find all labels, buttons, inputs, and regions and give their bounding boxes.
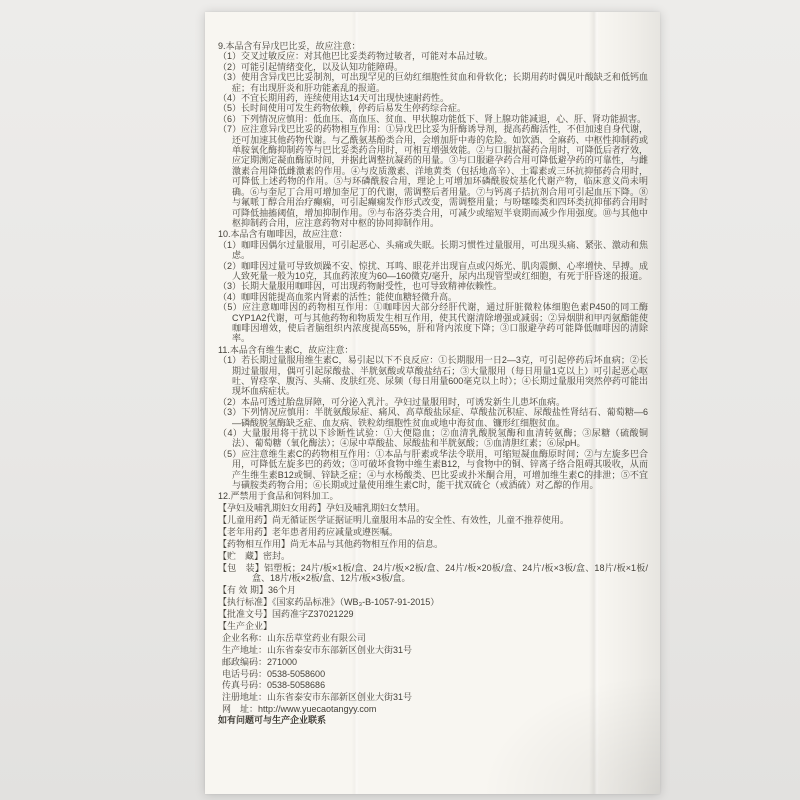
company-line-1: 企业名称：山东岳草堂药业有限公司 <box>218 633 648 643</box>
section-9-item-5: （5）长时间使用可发生药物依赖，停药后易发生停药综合症。 <box>218 103 648 113</box>
company-label: 企业名称： <box>222 633 267 643</box>
field-line-3: 【老年用药】老年患者用药应减量或遵医嘱。 <box>218 527 648 537</box>
section-9-heading: 9.本品含有异戊巴比妥，故应注意： <box>218 41 648 51</box>
field-line-6: 【包 装】铝塑板；24片/板×1板/盒、24片/板×2板/盒、24片/板×20板… <box>218 563 648 584</box>
company-line-4: 电话号码：0538-5058600 <box>218 669 648 679</box>
section-9-item-4: （4）不宜长期用药，连续使用达14天可出现快速耐药性。 <box>218 93 648 103</box>
field-value: 《国家药品标准》（WB₃-B-1057-91-2015） <box>272 597 439 607</box>
section-11-item-5: （5）应注意维生素C的药物相互作用：①本品与肝素或华法令联用，可缩短凝血酶原时间… <box>218 449 648 491</box>
package-insert-page: 9.本品含有异戊巴比妥，故应注意：（1）交叉过敏反应：对其他巴比妥类药物过敏者，… <box>205 12 660 794</box>
company-value: 山东省泰安市东部新区创业大街31号 <box>267 645 412 655</box>
field-label: 【药物相互作用】 <box>218 539 290 549</box>
section-12-heading: 12.严禁用于食品和饲料加工。 <box>218 491 648 501</box>
field-value: 36个月 <box>268 585 296 595</box>
company-value: 0538-5058600 <box>267 669 325 679</box>
company-label: 注册地址： <box>222 692 267 702</box>
field-label: 【贮 藏】 <box>218 551 263 561</box>
section-10: 10.本品含有咖啡因，故应注意：（1）咖啡因偶尔过量服用，可引起恶心、头痛或失眠… <box>218 229 648 343</box>
field-value: 铝塑板；24片/板×1板/盒、24片/板×2板/盒、24片/板×20板/盒、24… <box>252 563 648 583</box>
company-line-3: 邮政编码：271000 <box>218 657 648 667</box>
section-12: 12.严禁用于食品和饲料加工。 <box>218 491 648 501</box>
section-9-item-7: （7）应注意异戊巴比妥的药物相互作用：①异戊巴比妥为肝酶诱导剂，提高药酶活性，不… <box>218 124 648 228</box>
company-label: 邮政编码： <box>222 657 267 667</box>
field-label: 【包 装】 <box>218 563 264 573</box>
field-line-9: 【批准文号】国药准字Z37021229 <box>218 609 648 619</box>
section-10-item-5: （5）应注意咖啡因的药物相互作用：①咖啡因大部分经肝代谢，通过肝脏微粒体细胞色素… <box>218 302 648 344</box>
section-11-item-3: （3）下列情况应慎用：半胱氨酸尿症、痛风、高草酸盐尿症、草酸盐沉积症、尿酸盐性肾… <box>218 407 648 428</box>
company-label: 传真号码： <box>222 680 267 690</box>
field-line-8: 【执行标准】《国家药品标准》（WB₃-B-1057-91-2015） <box>218 597 648 607</box>
company-value: 山东岳草堂药业有限公司 <box>267 633 366 643</box>
field-line-10: 【生产企业】 <box>218 621 648 631</box>
section-11-item-4: （4）大量服用将干扰以下诊断性试验：①大便隐血；②血清乳酸脱氢酶和血清转氨酶；③… <box>218 428 648 449</box>
section-9: 9.本品含有异戊巴比妥，故应注意：（1）交叉过敏反应：对其他巴比妥类药物过敏者，… <box>218 41 648 228</box>
section-9-item-3: （3）使用含异戊巴比妥制剂，可出现罕见的巨幼红细胞性贫血和骨软化；长期用药时偶见… <box>218 72 648 93</box>
section-9-item-2: （2）可能引起情绪变化，以及认知功能障碍。 <box>218 62 648 72</box>
field-value: 老年患者用药应减量或遵医嘱。 <box>272 527 398 537</box>
field-label: 【儿童用药】 <box>218 515 272 525</box>
labeled-fields: 【孕妇及哺乳期妇女用药】孕妇及哺乳期妇女禁用。【儿童用药】尚无循证医学证据证明儿… <box>218 503 648 631</box>
section-11-item-1: （1）若长期过量服用维生素C，易引起以下不良反应：①长期服用一日2—3克，可引起… <box>218 355 648 397</box>
field-label: 【有 效 期】 <box>218 585 268 595</box>
field-line-1: 【孕妇及哺乳期妇女用药】孕妇及哺乳期妇女禁用。 <box>218 503 648 513</box>
section-10-item-1: （1）咖啡因偶尔过量服用，可引起恶心、头痛或失眠。长期习惯性过量服用，可出现头痛… <box>218 240 648 261</box>
section-11: 11.本品含有维生素C，故应注意：（1）若长期过量服用维生素C，易引起以下不良反… <box>218 345 648 491</box>
section-10-heading: 10.本品含有咖啡因，故应注意： <box>218 229 648 239</box>
manufacturer-details: 企业名称：山东岳草堂药业有限公司生产地址：山东省泰安市东部新区创业大街31号邮政… <box>218 633 648 715</box>
field-label: 【生产企业】 <box>218 621 272 631</box>
company-line-5: 传真号码：0538-5058686 <box>218 680 648 690</box>
field-label: 【批准文号】 <box>218 609 272 619</box>
company-label: 电话号码： <box>222 669 267 679</box>
section-10-item-4: （4）咖啡因能提高血浆内肾素的活性；能使血糖轻微升高。 <box>218 292 648 302</box>
field-value: 密封。 <box>263 551 290 561</box>
company-label: 生产地址： <box>222 645 267 655</box>
field-label: 【孕妇及哺乳期妇女用药】 <box>218 503 326 513</box>
field-line-5: 【贮 藏】密封。 <box>218 551 648 561</box>
company-line-7: 网 址：http://www.yuecaotangyy.com <box>218 704 648 714</box>
field-value: 孕妇及哺乳期妇女禁用。 <box>326 503 425 513</box>
section-11-item-2: （2）本品可透过胎盘屏障，可分泌入乳汁。孕妇过量服用时，可诱发新生儿患坏血病。 <box>218 397 648 407</box>
company-value: 山东省泰安市东部新区创业大街31号 <box>267 692 412 702</box>
company-value: 271000 <box>267 657 297 667</box>
field-value: 国药准字Z37021229 <box>272 609 354 619</box>
company-value: 0538-5058686 <box>267 680 325 690</box>
photo-backdrop: 9.本品含有异戊巴比妥，故应注意：（1）交叉过敏反应：对其他巴比妥类药物过敏者，… <box>0 0 800 800</box>
field-label: 【老年用药】 <box>218 527 272 537</box>
field-line-4: 【药物相互作用】尚无本品与其他药物相互作用的信息。 <box>218 539 648 549</box>
section-10-item-3: （3）长期大量服用咖啡因，可出现药物耐受性，也可导致精神依赖性。 <box>218 281 648 291</box>
section-9-item-1: （1）交叉过敏反应：对其他巴比妥类药物过敏者，可能对本品过敏。 <box>218 51 648 61</box>
company-value: http://www.yuecaotangyy.com <box>258 704 376 714</box>
section-10-item-2: （2）咖啡因过量可导致烦躁不安、惊扰、耳鸣、眼花并出现盲点或闪烁光、肌肉震颤、心… <box>218 261 648 282</box>
field-label: 【执行标准】 <box>218 597 272 607</box>
field-line-7: 【有 效 期】36个月 <box>218 585 648 595</box>
company-line-6: 注册地址：山东省泰安市东部新区创业大街31号 <box>218 692 648 702</box>
section-11-heading: 11.本品含有维生素C，故应注意： <box>218 345 648 355</box>
company-line-2: 生产地址：山东省泰安市东部新区创业大街31号 <box>218 645 648 655</box>
field-line-2: 【儿童用药】尚无循证医学证据证明儿童服用本品的安全性、有效性，儿童不推荐使用。 <box>218 515 648 525</box>
field-value: 尚无循证医学证据证明儿童服用本品的安全性、有效性，儿童不推荐使用。 <box>272 515 569 525</box>
precaution-sections: 9.本品含有异戊巴比妥，故应注意：（1）交叉过敏反应：对其他巴比妥类药物过敏者，… <box>218 41 648 502</box>
company-label: 网 址： <box>222 704 258 714</box>
section-9-item-6: （6）下列情况应慎用：低血压、高血压、贫血、甲状腺功能低下、肾上腺功能减退，心、… <box>218 114 648 124</box>
contact-note: 如有问题可与生产企业联系 <box>218 715 648 725</box>
field-value: 尚无本品与其他药物相互作用的信息。 <box>290 539 443 549</box>
insert-text-content: 9.本品含有异戊巴比妥，故应注意：（1）交叉过敏反应：对其他巴比妥类药物过敏者，… <box>218 40 648 725</box>
